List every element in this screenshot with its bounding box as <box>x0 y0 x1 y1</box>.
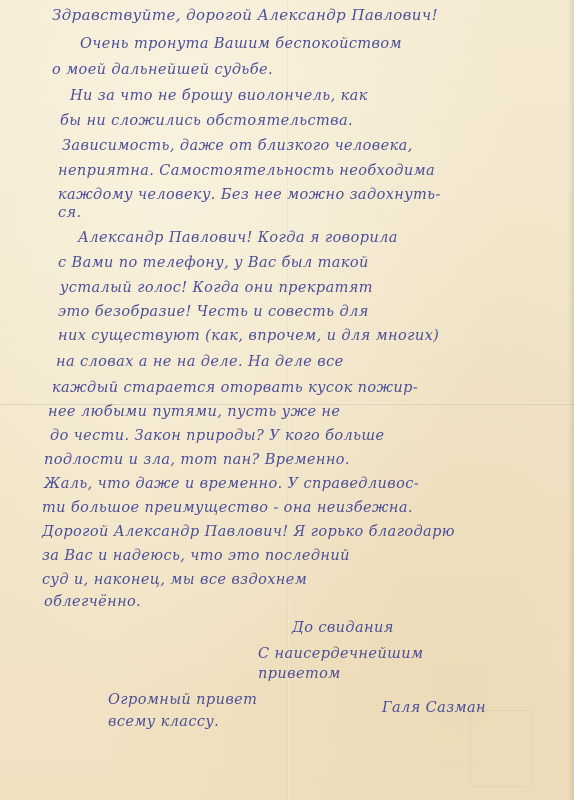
letter-line: бы ни сложились обстоятельства. <box>60 113 353 129</box>
letter-line: облегчённо. <box>44 594 141 610</box>
letter-line: Дорогой Александр Павлович! Я горько бла… <box>42 524 455 540</box>
letter-line: нее любыми путями, пусть уже не <box>48 404 340 420</box>
letter-line: это безобразие! Честь и совесть для <box>58 304 369 320</box>
letter-line: на словах а не на деле. На деле все <box>56 354 344 370</box>
postscript-line2: всему классу. <box>108 714 219 730</box>
letter-line: неприятна. Самостоятельность необходима <box>58 163 435 179</box>
signature: Галя Сазман <box>382 700 486 716</box>
letter-line: о моей дальнейшей судьбе. <box>52 62 273 78</box>
letter-line: Ни за что не брошу виолончель, как <box>70 88 368 104</box>
postscript-line1: Огромный привет <box>108 692 257 708</box>
letter-line: них существуют (как, впрочем, и для мног… <box>58 328 439 344</box>
letter-line: Жаль, что даже и временно. У справедливо… <box>44 476 419 492</box>
letter-line: усталый голос! Когда они прекратят <box>60 280 373 296</box>
letter-line: каждому человеку. Без нее можно задохнут… <box>58 187 441 203</box>
letter-greeting: Здравствуйте, дорогой Александр Павлович… <box>52 6 438 24</box>
letter-line: ся. <box>58 205 82 221</box>
letter-line: каждый старается оторвать кусок пожир- <box>52 380 418 396</box>
letter-page: Здравствуйте, дорогой Александр Павлович… <box>0 0 574 800</box>
closing-farewell: До свидания <box>292 620 394 636</box>
letter-line: Очень тронута Вашим беспокойством <box>80 36 402 52</box>
letter-line: Зависимость, даже от близкого человека, <box>62 138 413 154</box>
letter-line: суд и, наконец, мы все вздохнем <box>42 572 307 588</box>
letter-line: Александр Павлович! Когда я говорила <box>78 230 398 246</box>
letter-line: за Вас и надеюсь, что это последний <box>42 548 350 564</box>
letter-line: подлости и зла, тот пан? Временно. <box>44 452 350 468</box>
letter-line: с Вами по телефону, у Вас был такой <box>58 255 369 271</box>
handwritten-text: Здравствуйте, дорогой Александр Павлович… <box>0 0 574 800</box>
letter-line: ти большое преимущество - она неизбежна. <box>42 500 413 516</box>
letter-line: до чести. Закон природы? У кого больше <box>50 428 385 444</box>
closing-regards-line1: С наисердечнейшим <box>258 646 423 662</box>
closing-regards-line2: приветом <box>258 666 341 682</box>
